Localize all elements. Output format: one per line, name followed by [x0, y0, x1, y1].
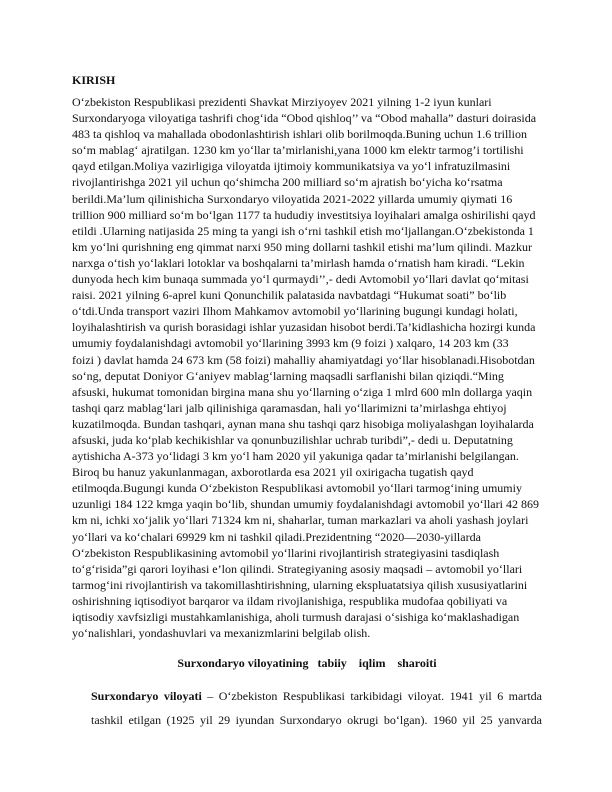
- climate-line-1-text: – O‘zbekiston Respublikasi tarkibidagi v…: [202, 689, 542, 703]
- intro-line: dunyoda hech kim bunaqa summada yo‘l qur…: [72, 271, 542, 287]
- intro-line: O‘zbekiston Respublikasi prezidenti Shav…: [72, 94, 542, 110]
- intro-line: to‘g‘risida”gi qarori loyihasi e’lon qil…: [72, 561, 542, 577]
- intro-line: Biroq bu hanuz yakunlanmagan, axborotlar…: [72, 464, 542, 480]
- intro-line: narxga o‘tish yo‘laklari lotoklar va bos…: [72, 255, 542, 271]
- intro-paragraph: O‘zbekiston Respublikasi prezidenti Shav…: [72, 94, 542, 641]
- intro-line: afsuski, hukumat tomonidan birgina mana …: [72, 384, 542, 400]
- intro-line: Surxondaryoga viloyatiga tashrifi chog‘i…: [72, 110, 542, 126]
- intro-line: tashqi qarz mablag‘lari jalb qilinishiga…: [72, 400, 542, 416]
- intro-line: afsuski, juda ko‘plab kechikishlar va qo…: [72, 432, 542, 448]
- intro-line: etildi .Ularning natijasida 25 ming ta y…: [72, 223, 542, 239]
- region-name-bold: Surxondaryo viloyati: [91, 689, 202, 703]
- intro-line: umumiy foydalanishdagi avtomobil yo‘llar…: [72, 335, 542, 351]
- climate-paragraph: Surxondaryo viloyati – O‘zbekiston Respu…: [72, 685, 542, 732]
- intro-line: yo‘nalishlari, yondashuvlari va mexanizm…: [72, 625, 542, 641]
- intro-line: oshirishning iqtisodiyot barqaror va ild…: [72, 593, 542, 609]
- intro-line: yo‘llari va ko‘chalari 69929 km ni tashk…: [72, 529, 542, 545]
- intro-line: so‘ng, deputat Doniyor G‘aniyev mablag‘l…: [72, 368, 542, 384]
- intro-line: 483 ta qishloq va mahallada obodonlashti…: [72, 126, 542, 142]
- intro-line: iqtisodiy xavfsizligi mustahkamlanishiga…: [72, 609, 542, 625]
- climate-paragraph-line-2: tashkil etilgan (1925 yil 29 iyundan Sur…: [72, 709, 542, 733]
- section-heading-kirish: KIRISH: [72, 72, 542, 88]
- intro-line: trillion 900 milliard so‘m bo‘lgan 1177 …: [72, 207, 542, 223]
- intro-line: o‘tdi.Unda transport vaziri Ilhom Mahkam…: [72, 303, 542, 319]
- intro-line: berildi.Ma’lum qilinishicha Surxondaryo …: [72, 191, 542, 207]
- intro-line: qayd etilgan.Moliya vazirligiga viloyatd…: [72, 158, 542, 174]
- intro-line: aytishicha A-373 yo‘lidagi 3 km yo‘l ham…: [72, 448, 542, 464]
- intro-line: km ni, ichki xo‘jalik yo‘llari 71324 km …: [72, 512, 542, 528]
- intro-line: O‘zbekiston Respublikasining avtomobil y…: [72, 545, 542, 561]
- intro-line: tarmog‘ini rivojlantirish va takomillash…: [72, 577, 542, 593]
- climate-paragraph-line-1: Surxondaryo viloyati – O‘zbekiston Respu…: [72, 685, 542, 709]
- intro-line: etilmoqda.Bugungi kunda O‘zbekiston Resp…: [72, 480, 542, 496]
- intro-line: uzunligi 184 122 kmga yaqin bo‘lib, shun…: [72, 496, 542, 512]
- intro-line: rivojlantirishga 2021 yil uchun qo‘shimc…: [72, 174, 542, 190]
- intro-line: kuzatilmoqda. Bundan tashqari, aynan man…: [72, 416, 542, 432]
- section-title-climate: Surxondaryo viloyatining tabiiy iqlim sh…: [72, 655, 542, 671]
- intro-line: foizi ) davlat hamda 24 673 km (58 foizi…: [72, 352, 542, 368]
- intro-line: loyihalashtirish va qurish borasidagi is…: [72, 319, 542, 335]
- intro-line: so‘m mablag‘ ajratilgan. 1230 km yo‘llar…: [72, 142, 542, 158]
- intro-line: raisi. 2021 yilning 6-aprel kuni Qonunch…: [72, 287, 542, 303]
- document-page: KIRISH O‘zbekiston Respublikasi preziden…: [72, 72, 542, 732]
- intro-line: km yo‘lni qurishning eng qimmat narxi 95…: [72, 239, 542, 255]
